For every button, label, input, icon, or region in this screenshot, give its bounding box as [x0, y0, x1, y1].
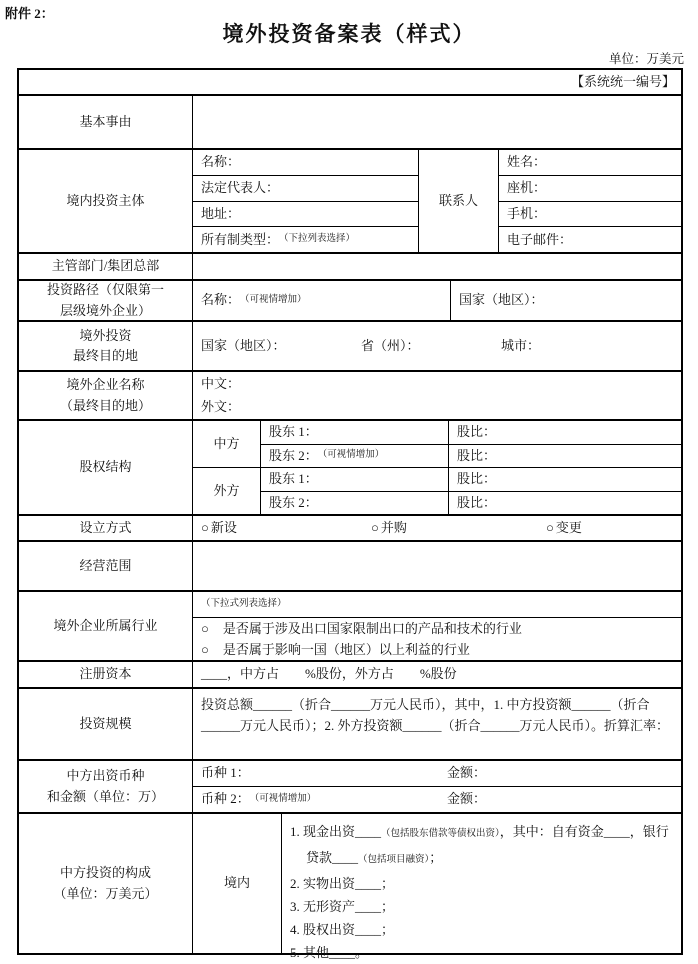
cn-shareholder2-field[interactable]: 股东 2：（可视情增加）: [261, 444, 448, 468]
investment-path-label: 投资路径（仅限第一 层级境外企业）: [19, 281, 193, 320]
equity-structure-label: 股权结构: [19, 421, 193, 514]
investment-scale-row: 投资规模 投资总额______（折合______万元人民币），其中，1. 中方投…: [19, 687, 681, 759]
composition-item-physical: 2. 实物出资____；: [290, 872, 671, 895]
option-new-setup-label: 新设: [211, 519, 237, 537]
currency-rows-column: 币种 1： 金额： 币种 2：（可视情增加） 金额：: [193, 761, 681, 812]
cash-contribution-note: （包括股东借款等债权出资）: [381, 829, 500, 839]
registered-capital-text: ____，中方占 %股份，外方占 %股份: [201, 665, 457, 683]
foreign-ratio1-field[interactable]: 股比：: [449, 467, 681, 491]
business-scope-row: 经营范围: [19, 540, 681, 590]
registered-capital-field[interactable]: ____，中方占 %股份，外方占 %股份: [193, 662, 681, 687]
equity-structure-row: 股权结构 中方 外方 股东 1： 股东 2：（可视情增加） 股东 1： 股东 2…: [19, 419, 681, 514]
option-change-label: 变更: [556, 519, 582, 537]
cn-shareholder1-label: 股东 1：: [269, 423, 318, 441]
contact-email-label: 电子邮件：: [507, 231, 572, 249]
cash-contribution-text: 1. 现金出资____: [290, 824, 381, 839]
overseas-name-fields[interactable]: 中文： 外文：: [193, 372, 681, 419]
composition-scope-label: 境内: [193, 814, 282, 953]
contact-fields-column: 姓名： 座机： 手机： 电子邮件：: [499, 150, 681, 252]
option-change[interactable]: ○变更: [546, 519, 582, 537]
investor-name-field[interactable]: 名称：: [193, 150, 418, 175]
filing-form-table: 【系统统一编号】 基本事由 境内投资主体 名称： 法定代表人： 地址： 所有制类…: [17, 68, 683, 955]
item1-end-punct: ；: [429, 850, 442, 865]
ownership-type-label: 所有制类型：: [201, 231, 279, 249]
contact-person-label: 联系人: [419, 150, 499, 252]
investor-fields-column: 名称： 法定代表人： 地址： 所有制类型：（下拉列表选择）: [193, 150, 419, 252]
investment-path-row: 投资路径（仅限第一 层级境外企业） 名称：（可视情增加） 国家（地区）：: [19, 279, 681, 320]
option-merger-label: 并购: [381, 519, 407, 537]
registered-capital-label: 注册资本: [19, 662, 193, 687]
page-title: 境外投资备案表（样式）: [0, 18, 698, 48]
currency1-name-label: 币种 1：: [201, 764, 250, 782]
destination-country-label: 国家（地区）：: [201, 337, 361, 355]
radio-unchecked-icon: ○: [201, 639, 209, 660]
composition-item-intangible: 3. 无形资产____；: [290, 895, 671, 918]
basic-matter-value[interactable]: [193, 96, 681, 148]
authority-label: 主管部门/集团总部: [19, 254, 193, 279]
cn-ratio1-field[interactable]: 股比：: [449, 421, 681, 444]
foreign-ratio2-field[interactable]: 股比：: [449, 491, 681, 515]
final-destination-fields[interactable]: 国家（地区）： 省（州）： 城市：: [193, 322, 681, 370]
cn-shareholder2-note: （可视情增加）: [318, 449, 385, 462]
industry-row: 境外企业所属行业 （下拉式列表选择） ○ 是否属于涉及出口国家限制出口的产品和技…: [19, 590, 681, 660]
project-financing-note: （包括项目融资）: [358, 855, 429, 865]
investment-scale-field[interactable]: 投资总额______（折合______万元人民币），其中，1. 中方投资额___…: [193, 689, 681, 759]
establishment-label: 设立方式: [19, 516, 193, 540]
contact-name-label: 姓名：: [507, 153, 546, 171]
equity-side-foreign: 外方: [193, 467, 260, 514]
cn-shareholder2-label: 股东 2：: [269, 447, 318, 465]
contact-name-field[interactable]: 姓名：: [499, 150, 681, 175]
foreign-shareholder1-field[interactable]: 股东 1：: [261, 467, 448, 491]
industry-option-export-restricted[interactable]: ○ 是否属于涉及出口国家限制出口的产品和技术的行业: [201, 618, 681, 639]
contact-mobile-field[interactable]: 手机：: [499, 201, 681, 227]
investment-scale-text: 投资总额______（折合______万元人民币），其中，1. 中方投资额___…: [201, 697, 669, 733]
system-number-row: 【系统统一编号】: [19, 70, 681, 94]
foreign-ratio1-label: 股比：: [457, 470, 496, 488]
industry-dropdown-field[interactable]: （下拉式列表选择）: [193, 592, 681, 617]
cn-ratio1-label: 股比：: [457, 423, 496, 441]
radio-unchecked-icon: ○: [546, 519, 554, 537]
composition-row: 中方投资的构成 （单位：万美元） 境内 1. 现金出资____（包括股东借款等债…: [19, 812, 681, 953]
final-destination-label: 境外投资 最终目的地: [19, 322, 193, 370]
composition-item-equity: 4. 股权出资____；: [290, 918, 671, 941]
equity-ratio-column: 股比： 股比： 股比： 股比：: [449, 421, 681, 514]
composition-item-cash: 1. 现金出资____（包括股东借款等债权出资），其中：自有资金____，银行贷…: [290, 820, 671, 872]
unit-note: 单位：万美元: [609, 49, 684, 67]
basic-matter-label: 基本事由: [19, 96, 193, 148]
industry-label: 境外企业所属行业: [19, 592, 193, 660]
foreign-ratio2-label: 股比：: [457, 494, 496, 512]
investment-scale-label: 投资规模: [19, 689, 193, 759]
composition-item-other: 5. 其他____。: [290, 941, 671, 964]
radio-unchecked-icon: ○: [371, 519, 379, 537]
currency1-field[interactable]: 币种 1： 金额：: [193, 761, 681, 786]
currency1-amount-label: 金额：: [447, 764, 486, 782]
establishment-row: 设立方式 ○新设 ○并购 ○变更: [19, 514, 681, 540]
cn-shareholder1-field[interactable]: 股东 1：: [261, 421, 448, 444]
composition-items[interactable]: 1. 现金出资____（包括股东借款等债权出资），其中：自有资金____，银行贷…: [282, 814, 681, 953]
overseas-name-label: 境外企业名称 （最终目的地）: [19, 372, 193, 419]
path-country-label: 国家（地区）：: [459, 291, 544, 309]
document-page: 附件 2： 境外投资备案表（样式） 单位：万美元 【系统统一编号】 基本事由 境…: [0, 0, 698, 964]
overseas-name-cn-label: 中文：: [201, 373, 681, 395]
legal-rep-label: 法定代表人：: [201, 179, 279, 197]
basic-matter-row: 基本事由: [19, 94, 681, 148]
final-destination-row: 境外投资 最终目的地 国家（地区）： 省（州）： 城市：: [19, 320, 681, 370]
investor-name-label: 名称：: [201, 153, 240, 171]
radio-unchecked-icon: ○: [201, 519, 209, 537]
industry-option-multi-region[interactable]: ○ 是否属于影响一国（地区）以上利益的行业: [201, 639, 681, 660]
authority-value[interactable]: [193, 254, 681, 279]
system-number-text: 【系统统一编号】: [19, 70, 681, 94]
overseas-name-foreign-label: 外文：: [201, 396, 681, 418]
equity-side-column: 中方 外方: [193, 421, 261, 514]
path-name-field[interactable]: 名称：（可视情增加）: [193, 281, 451, 320]
cn-ratio2-label: 股比：: [457, 447, 496, 465]
foreign-shareholder2-label: 股东 2：: [269, 494, 318, 512]
equity-side-cn: 中方: [193, 421, 260, 467]
currency2-field[interactable]: 币种 2：（可视情增加） 金额：: [193, 786, 681, 812]
currency2-note: （可视情增加）: [250, 793, 317, 806]
contact-mobile-label: 手机：: [507, 205, 546, 223]
path-name-note: （可视情增加）: [240, 294, 307, 307]
industry-option-multi-region-label: 是否属于影响一国（地区）以上利益的行业: [223, 639, 470, 660]
contact-email-field[interactable]: 电子邮件：: [499, 226, 681, 252]
option-new-setup[interactable]: ○新设: [201, 519, 371, 537]
registered-capital-row: 注册资本 ____，中方占 %股份，外方占 %股份: [19, 660, 681, 687]
cn-ratio2-field[interactable]: 股比：: [449, 444, 681, 468]
composition-label: 中方投资的构成 （单位：万美元）: [19, 814, 193, 953]
establishment-options: ○新设 ○并购 ○变更: [193, 516, 681, 540]
contact-landline-field[interactable]: 座机：: [499, 175, 681, 201]
destination-city-label: 城市：: [501, 337, 540, 355]
domestic-investor-label: 境内投资主体: [19, 150, 193, 252]
industry-option-export-restricted-label: 是否属于涉及出口国家限制出口的产品和技术的行业: [223, 618, 522, 639]
equity-shareholder-column: 股东 1： 股东 2：（可视情增加） 股东 1： 股东 2：: [261, 421, 449, 514]
foreign-shareholder1-label: 股东 1：: [269, 470, 318, 488]
legal-rep-field[interactable]: 法定代表人：: [193, 175, 418, 201]
industry-dropdown-note: （下拉式列表选择）: [201, 598, 287, 611]
radio-unchecked-icon: ○: [201, 618, 209, 639]
ownership-dropdown-note: （下拉列表选择）: [279, 233, 355, 246]
ownership-type-field[interactable]: 所有制类型：（下拉列表选择）: [193, 226, 418, 252]
business-scope-value[interactable]: [193, 542, 681, 590]
path-name-label: 名称：: [201, 291, 240, 309]
overseas-name-row: 境外企业名称 （最终目的地） 中文： 外文：: [19, 370, 681, 419]
option-merger[interactable]: ○并购: [371, 519, 546, 537]
domestic-investor-row: 境内投资主体 名称： 法定代表人： 地址： 所有制类型：（下拉列表选择） 联系人…: [19, 148, 681, 252]
authority-row: 主管部门/集团总部: [19, 252, 681, 279]
currency-row: 中方出资币种 和金额（单位：万） 币种 1： 金额： 币种 2：（可视情增加） …: [19, 759, 681, 812]
destination-province-label: 省（州）：: [361, 337, 501, 355]
contact-landline-label: 座机：: [507, 179, 546, 197]
foreign-shareholder2-field[interactable]: 股东 2：: [261, 491, 448, 515]
address-field[interactable]: 地址：: [193, 201, 418, 227]
currency2-amount-label: 金额：: [447, 790, 486, 808]
industry-content-column: （下拉式列表选择） ○ 是否属于涉及出口国家限制出口的产品和技术的行业 ○ 是否…: [193, 592, 681, 660]
currency2-name-label: 币种 2：: [201, 790, 250, 808]
industry-options: ○ 是否属于涉及出口国家限制出口的产品和技术的行业 ○ 是否属于影响一国（地区）…: [193, 617, 681, 660]
business-scope-label: 经营范围: [19, 542, 193, 590]
address-label: 地址：: [201, 205, 240, 223]
path-country-field[interactable]: 国家（地区）：: [451, 281, 681, 320]
currency-label: 中方出资币种 和金额（单位：万）: [19, 761, 193, 812]
